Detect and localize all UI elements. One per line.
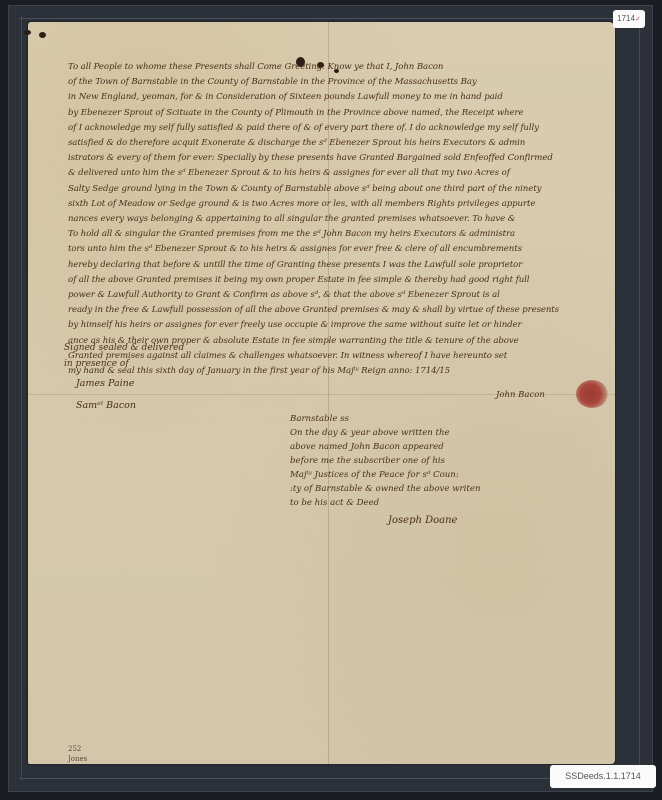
ack-line: :ty of Barnstable & owned the above writ… [290,482,481,496]
justice-signature: Joseph Doane [388,514,481,528]
check-mark-icon: ✓ [635,16,641,23]
deed-line: by Ebenezer Sprout of Scituate in the Co… [68,106,620,121]
mat-line [19,18,642,19]
deed-line: ready in the free & Lawfull possession o… [68,303,620,318]
ack-line: to be his act & Deed [290,496,481,510]
call-number-label: SSDeeds.1.1.1714 [550,765,656,788]
ink-blot [24,30,31,35]
witness-heading: in presence of [64,356,184,372]
ack-line: On the day & year above written the [290,426,481,440]
ack-line: above named John Bacon appeared [290,440,481,454]
mat-line [21,16,22,781]
deed-line: by himself his heirs or assignes for eve… [68,318,620,333]
witness-heading: Signed sealed & delivered [64,340,184,356]
grantor-signature: John Bacon [496,390,545,400]
deed-line: in New England, yeoman, for & in Conside… [68,90,620,105]
deed-line: istrators & every of them for ever: Spec… [68,151,620,166]
ink-blot [39,32,46,38]
deed-line: of the Town of Barnstable in the County … [68,75,620,90]
note-number: 252 [68,744,87,754]
wax-seal [576,380,608,408]
deed-line: To all People to whome these Presents sh… [68,60,620,75]
deed-document: To all People to whome these Presents sh… [28,22,615,764]
deed-line: Salty Sedge ground lying in the Town & C… [68,182,620,197]
year-label: 1714✓ [613,10,645,28]
deed-line: of I acknowledge my self fully satisfied… [68,121,620,136]
witness-signature: James Paine [76,376,184,392]
deed-body: To all People to whome these Presents sh… [68,60,620,379]
deed-line: hereby declaring that before & untill th… [68,258,620,273]
deed-line: tors unto him the sᵈ Ebenezer Sprout & t… [68,242,620,257]
deed-line: To hold all & singular the Granted premi… [68,227,620,242]
ack-line: Barnstable ss [290,412,481,426]
mat-line [19,778,642,779]
ack-line: Majᵗʸ Justices of the Peace for sᵈ Coun: [290,468,481,482]
note-name: Jones [68,754,87,764]
mat-line [639,16,640,781]
acknowledgment-block: Barnstable ss On the day & year above wr… [290,412,481,528]
deed-line: power & Lawfull Authority to Grant & Con… [68,288,620,303]
deed-line: nances every ways belonging & appertaini… [68,212,620,227]
deed-line: sixth Lot of Meadow or Sedge ground & is… [68,197,620,212]
deed-line: & delivered unto him the sᵈ Ebenezer Spr… [68,166,620,181]
ack-line: before me the subscriber one of his [290,454,481,468]
deed-line: of all the above Granted premises it bei… [68,273,620,288]
witness-block: Signed sealed & delivered in presence of… [64,340,184,414]
deed-line: satisfied & do therefore acquit Exonerat… [68,136,620,151]
archival-note-bottom-left: 252 Jones [68,744,87,764]
year-text: 1714 [617,14,635,23]
witness-signature: Samᵉˡ Bacon [76,398,184,414]
